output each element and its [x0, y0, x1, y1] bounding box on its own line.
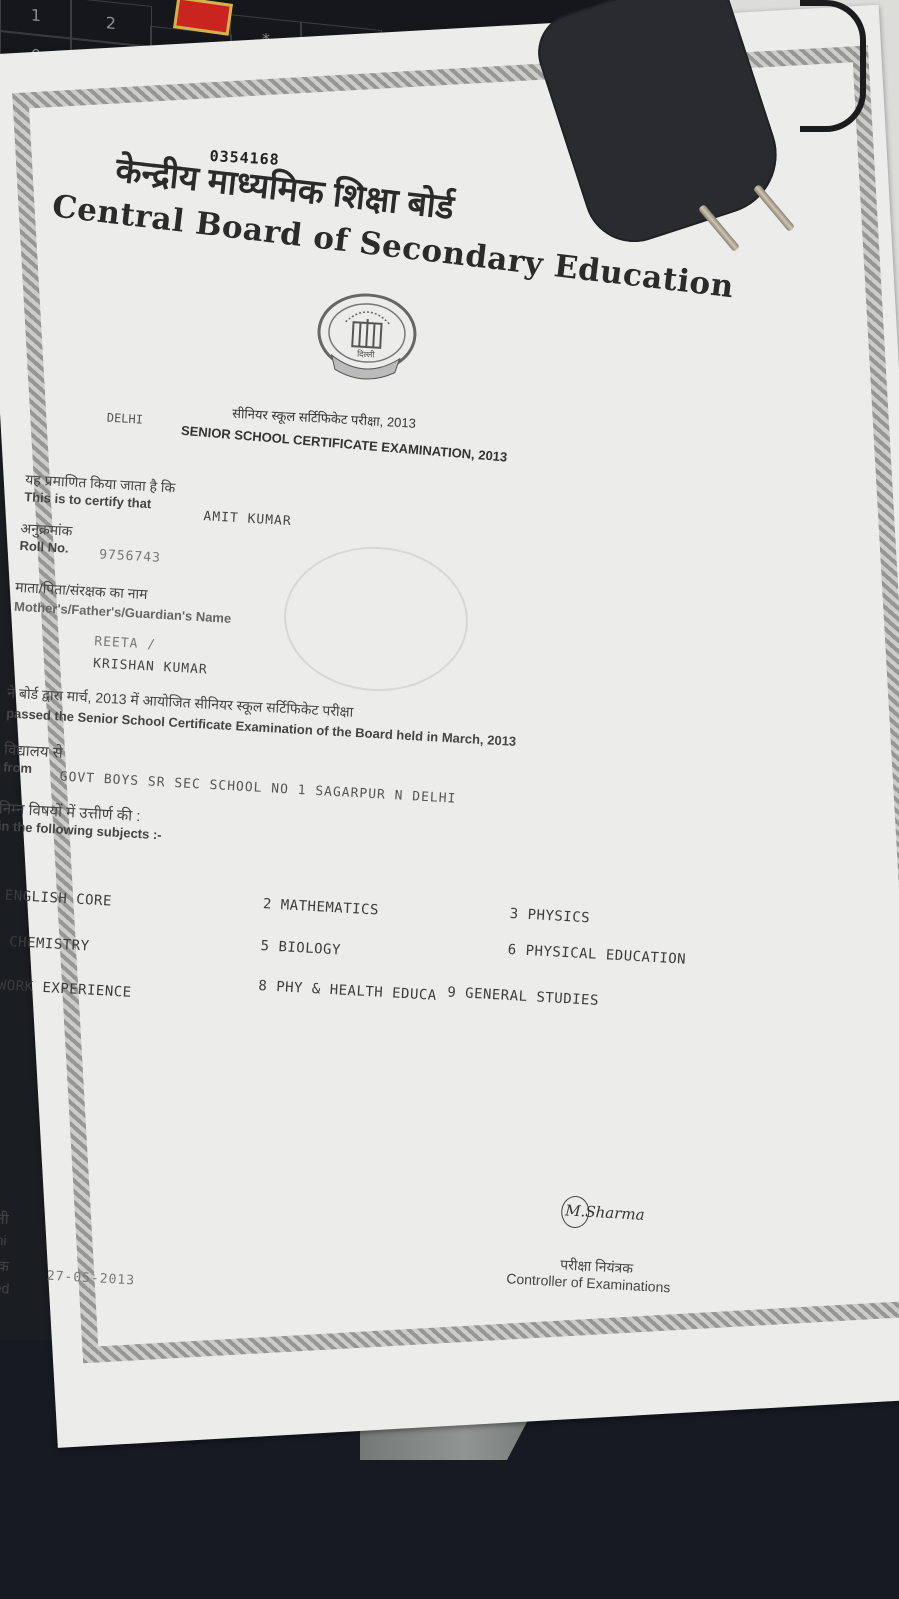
- seal-watermark: [280, 542, 472, 696]
- exam-city: DELHI: [106, 411, 143, 427]
- school-name: GOVT BOYS SR SEC SCHOOL NO 1 SAGARPUR N …: [59, 770, 456, 807]
- roll-label-english: Roll No.: [19, 538, 69, 556]
- certificate-content: 0354168 केन्द्रीय माध्यमिक शिक्षा बोर्ड …: [0, 0, 899, 1443]
- subject-item: 8 PHY & HEALTH EDUCA: [258, 978, 437, 1004]
- subject-item: 4. CHEMISTRY: [0, 933, 90, 955]
- place-english: Delhi: [0, 1231, 7, 1249]
- father-name: KRISHAN KUMAR: [93, 656, 208, 677]
- school-label-english: from: [3, 759, 33, 776]
- roll-number: 9756743: [99, 547, 162, 565]
- subject-item: 3 PHYSICS: [509, 906, 590, 926]
- controller-title-english: Controller of Examinations: [506, 1270, 671, 1295]
- exam-title-hindi: सीनियर स्कूल सर्टिफिकेट परीक्षा, 2013: [232, 404, 417, 432]
- exam-title-english: SENIOR SCHOOL CERTIFICATE EXAMINATION, 2…: [180, 423, 507, 465]
- dated-label-english: Dated: [0, 1278, 10, 1296]
- issue-date: 27-05-2013: [46, 1269, 135, 1289]
- candidate-name: AMIT KUMAR: [203, 509, 292, 529]
- cbse-emblem-icon: दिल्ली: [312, 288, 421, 384]
- subject-item: 7 WORK EXPERIENCE: [0, 976, 132, 1000]
- subject-item: 2 MATHEMATICS: [262, 896, 379, 918]
- mother-name: REETA /: [94, 634, 157, 652]
- subject-item: 9 GENERAL STUDIES: [447, 985, 599, 1009]
- place-hindi: दिल्ली: [0, 1208, 9, 1230]
- emblem-caption: दिल्ली: [357, 348, 376, 359]
- dated-label-hindi: दिनांक: [0, 1255, 9, 1277]
- charger-cable: [800, 0, 866, 132]
- subject-item: 5 BIOLOGY: [260, 938, 341, 958]
- subject-item: 6 PHYSICAL EDUCATION: [507, 942, 686, 968]
- subject-item: 1 ENGLISH CORE: [0, 887, 112, 910]
